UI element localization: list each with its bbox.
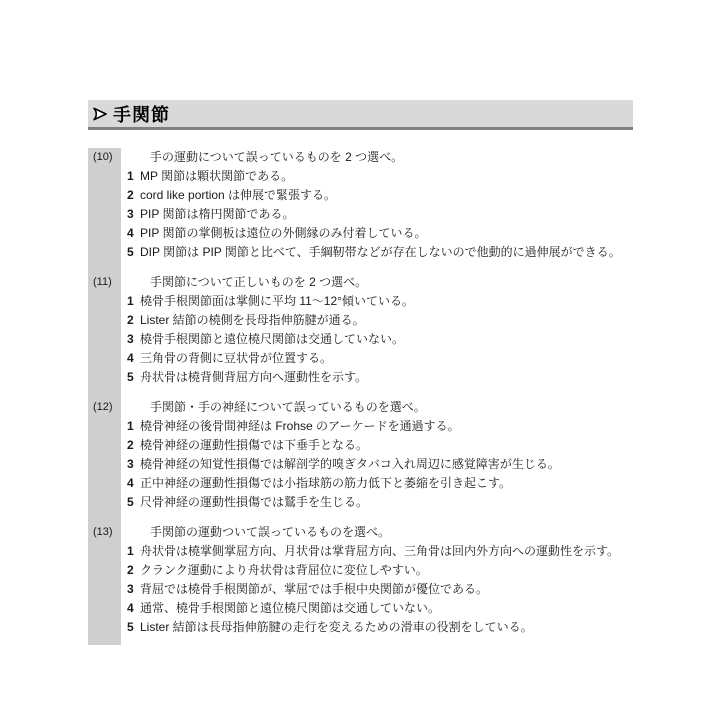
option-text: クランク運動により舟状骨は背屈位に変位しやすい。 xyxy=(140,561,428,580)
option-text: 舟状骨は橈掌側掌屈方向、月状骨は掌背屈方向、三角骨は回内外方向への運動性を示す。 xyxy=(140,542,619,561)
option-row: 2 cord like portion は伸展で緊張する。 xyxy=(88,186,633,205)
option-text: 橈骨手根関節面は掌側に平均 11～12°傾いている。 xyxy=(140,292,414,311)
option-text: 正中神経の運動性損傷では小指球筋の筋力低下と萎縮を引き起こす。 xyxy=(140,474,511,493)
option-text: Lister 結節は長母指伸筋腱の走行を変えるための滑車の役割をしている。 xyxy=(140,618,533,637)
option-row: 2 クランク運動により舟状骨は背屈位に変位しやすい。 xyxy=(88,561,633,580)
arrowhead-right-icon xyxy=(92,106,108,122)
option-text: 橈骨神経の運動性損傷では下垂手となる。 xyxy=(140,436,368,455)
option-row: 1 舟状骨は橈掌側掌屈方向、月状骨は掌背屈方向、三角骨は回内外方向への運動性を示… xyxy=(88,542,633,561)
option-number: 5 xyxy=(127,243,140,262)
option-text: 通常、橈骨手根関節と遠位橈尺関節は交通していない。 xyxy=(140,599,440,618)
question-number: (10) xyxy=(93,148,113,167)
question-number: (12) xyxy=(93,398,113,417)
question-prompt-row: (13) 手関節の運動ついて誤っているものを選べ。 xyxy=(88,523,633,542)
option-text: 橈骨神経の後骨間神経は Frohse のアーケードを通過する。 xyxy=(140,417,460,436)
option-row: 4 通常、橈骨手根関節と遠位橈尺関節は交通していない。 xyxy=(88,599,633,618)
option-text: PIP 関節の掌側板は遠位の外側縁のみ付着している。 xyxy=(140,224,426,243)
option-text: cord like portion は伸展で緊張する。 xyxy=(140,186,336,205)
question-prompt: 手関節について正しいものを 2 つ選べ。 xyxy=(150,273,367,292)
option-number: 1 xyxy=(127,292,140,311)
option-row: 2 橈骨神経の運動性損傷では下垂手となる。 xyxy=(88,436,633,455)
question-block-11: (11) 手関節について正しいものを 2 つ選べ。 1 橈骨手根関節面は掌側に平… xyxy=(88,273,633,387)
option-text: 尺骨神経の運動性損傷では鷲手を生じる。 xyxy=(140,493,368,512)
option-number: 5 xyxy=(127,493,140,512)
option-number: 2 xyxy=(127,311,140,330)
option-row: 5 舟状骨は橈背側背屈方向へ運動性を示す。 xyxy=(88,368,633,387)
document-page: 手関節 (10) 手の運動について誤っているものを 2 つ選べ。 1 MP 関節… xyxy=(0,0,720,720)
option-text: Lister 結節の橈側を長母指伸筋腱が通る。 xyxy=(140,311,365,330)
question-number: (13) xyxy=(93,523,113,542)
option-text: DIP 関節は PIP 関節と比べて、手綱靭帯などが存在しないので他動的に過伸展… xyxy=(140,243,621,262)
option-number: 3 xyxy=(127,330,140,349)
option-row: 4 PIP 関節の掌側板は遠位の外側縁のみ付着している。 xyxy=(88,224,633,243)
question-prompt-row: (11) 手関節について正しいものを 2 つ選べ。 xyxy=(88,273,633,292)
option-number: 3 xyxy=(127,205,140,224)
option-row: 2 Lister 結節の橈側を長母指伸筋腱が通る。 xyxy=(88,311,633,330)
option-number: 4 xyxy=(127,599,140,618)
section-title: 手関節 xyxy=(113,101,170,127)
option-number: 4 xyxy=(127,474,140,493)
option-number: 3 xyxy=(127,580,140,599)
option-number: 2 xyxy=(127,561,140,580)
question-list: (10) 手の運動について誤っているものを 2 つ選べ。 1 MP 関節は顆状関… xyxy=(88,148,633,637)
option-number: 3 xyxy=(127,455,140,474)
section-header: 手関節 xyxy=(88,100,633,130)
option-row: 5 Lister 結節は長母指伸筋腱の走行を変えるための滑車の役割をしている。 xyxy=(88,618,633,637)
option-number: 5 xyxy=(127,368,140,387)
option-number: 1 xyxy=(127,167,140,186)
option-number: 5 xyxy=(127,618,140,637)
question-prompt-row: (10) 手の運動について誤っているものを 2 つ選べ。 xyxy=(88,148,633,167)
option-text: 橈骨神経の知覚性損傷では解剖学的嗅ぎタバコ入れ周辺に感覚障害が生じる。 xyxy=(140,455,560,474)
question-number: (11) xyxy=(93,273,112,292)
question-prompt: 手関節・手の神経について誤っているものを選べ。 xyxy=(150,398,426,417)
option-row: 3 橈骨手根関節と遠位橈尺関節は交通していない。 xyxy=(88,330,633,349)
option-row: 3 PIP 関節は楕円関節である。 xyxy=(88,205,633,224)
option-number: 2 xyxy=(127,436,140,455)
option-number: 1 xyxy=(127,542,140,561)
option-row: 1 MP 関節は顆状関節である。 xyxy=(88,167,633,186)
option-text: MP 関節は顆状関節である。 xyxy=(140,167,293,186)
option-text: 舟状骨は橈背側背屈方向へ運動性を示す。 xyxy=(140,368,367,387)
option-row: 4 正中神経の運動性損傷では小指球筋の筋力低下と萎縮を引き起こす。 xyxy=(88,474,633,493)
option-row: 3 橈骨神経の知覚性損傷では解剖学的嗅ぎタバコ入れ周辺に感覚障害が生じる。 xyxy=(88,455,633,474)
question-prompt: 手関節の運動ついて誤っているものを選べ。 xyxy=(150,523,390,542)
option-row: 1 橈骨手根関節面は掌側に平均 11～12°傾いている。 xyxy=(88,292,633,311)
question-prompt: 手の運動について誤っているものを 2 つ選べ。 xyxy=(150,148,403,167)
option-row: 3 背屈では橈骨手根関節が、掌屈では手根中央関節が優位である。 xyxy=(88,580,633,599)
option-text: 背屈では橈骨手根関節が、掌屈では手根中央関節が優位である。 xyxy=(140,580,488,599)
option-row: 4 三角骨の背側に豆状骨が位置する。 xyxy=(88,349,633,368)
option-number: 2 xyxy=(127,186,140,205)
option-number: 1 xyxy=(127,417,140,436)
question-block-10: (10) 手の運動について誤っているものを 2 つ選べ。 1 MP 関節は顆状関… xyxy=(88,148,633,262)
option-number: 4 xyxy=(127,224,140,243)
option-number: 4 xyxy=(127,349,140,368)
option-text: 橈骨手根関節と遠位橈尺関節は交通していない。 xyxy=(140,330,404,349)
option-row: 5 DIP 関節は PIP 関節と比べて、手綱靭帯などが存在しないので他動的に過… xyxy=(88,243,633,262)
question-block-12: (12) 手関節・手の神経について誤っているものを選べ。 1 橈骨神経の後骨間神… xyxy=(88,398,633,512)
option-text: PIP 関節は楕円関節である。 xyxy=(140,205,294,224)
option-text: 三角骨の背側に豆状骨が位置する。 xyxy=(140,349,332,368)
question-block-13: (13) 手関節の運動ついて誤っているものを選べ。 1 舟状骨は橈掌側掌屈方向、… xyxy=(88,523,633,637)
option-row: 1 橈骨神経の後骨間神経は Frohse のアーケードを通過する。 xyxy=(88,417,633,436)
question-prompt-row: (12) 手関節・手の神経について誤っているものを選べ。 xyxy=(88,398,633,417)
option-row: 5 尺骨神経の運動性損傷では鷲手を生じる。 xyxy=(88,493,633,512)
